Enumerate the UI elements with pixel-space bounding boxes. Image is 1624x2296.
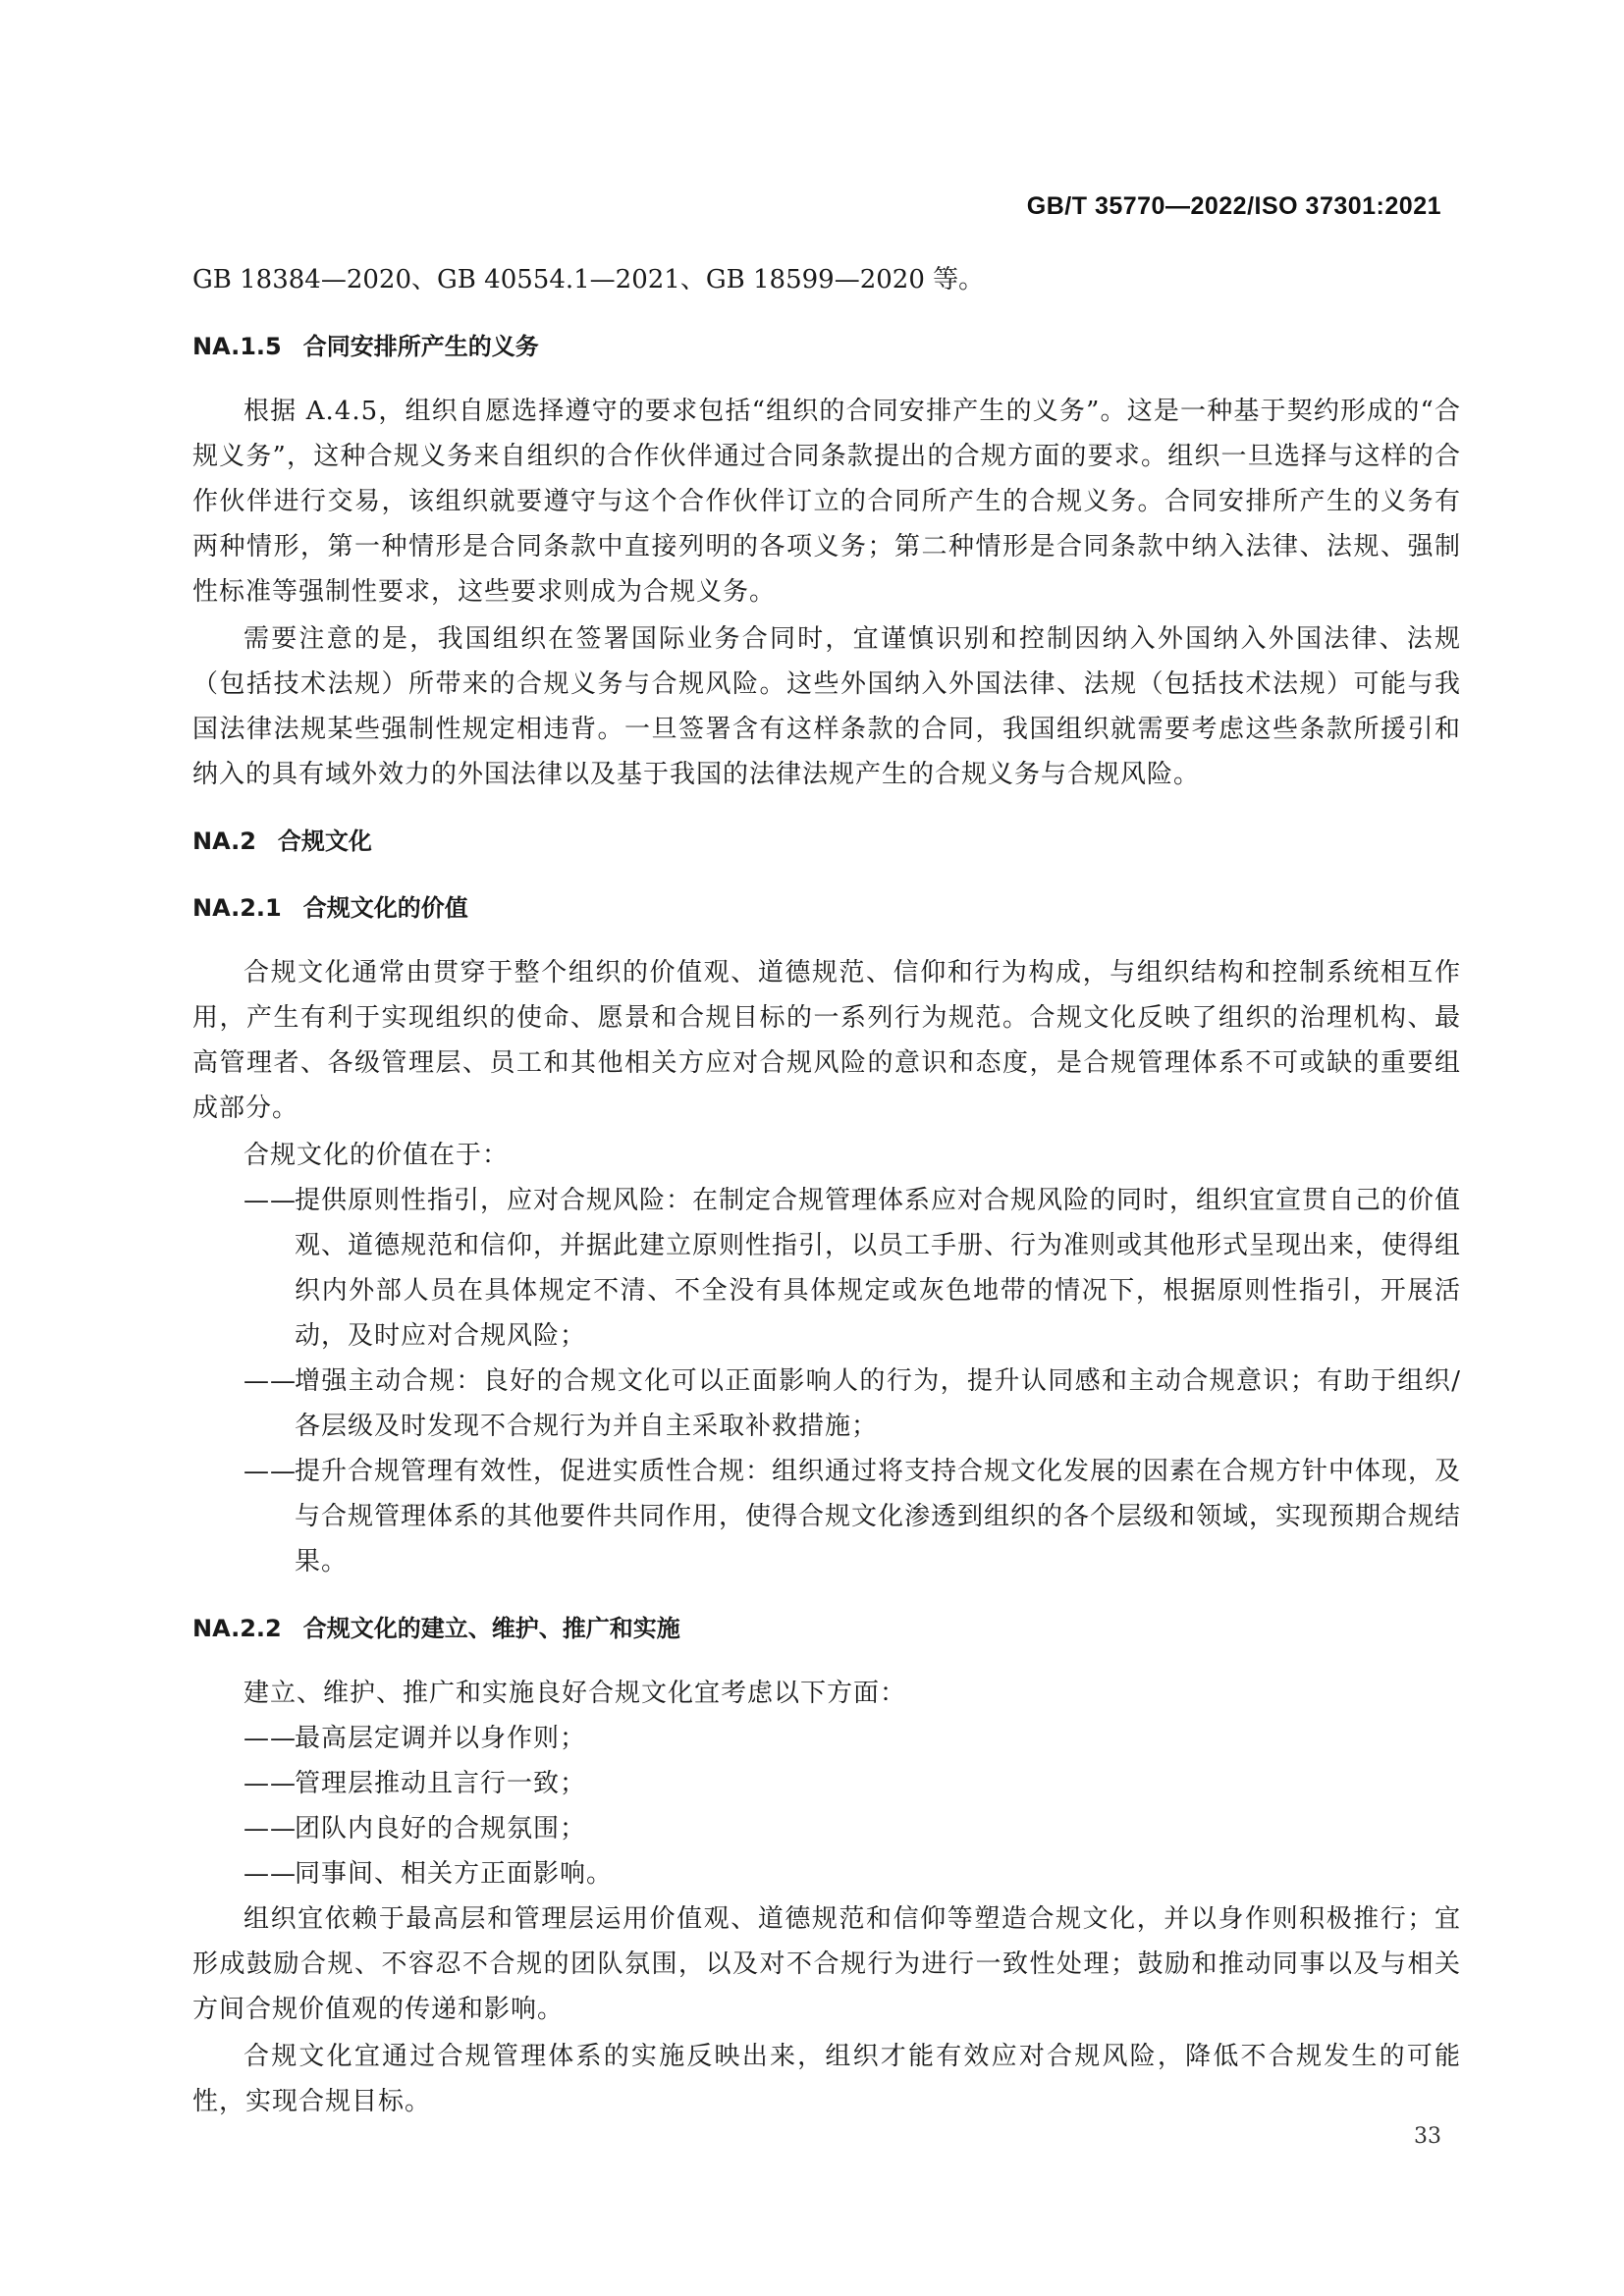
list-item-text: 提升合规管理有效性，促进实质性合规：组织通过将支持合规文化发展的因素在合规方针中… [295,1457,1461,1576]
section-heading-na-2-1: NA.2.1合规文化的价值 [192,885,1461,931]
dash-bullet: —— [244,1761,295,1806]
page-content: GB 18384—2020、GB 40554.1—2021、GB 18599—2… [192,257,1461,2126]
list-item: ——管理层推动且言行一致； [192,1761,1461,1806]
list-item-text: 同事间、相关方正面影响。 [295,1859,613,1889]
list-item-text: 管理层推动且言行一致； [295,1769,586,1798]
paragraph: 合规文化宜通过合规管理体系的实施反映出来，组织才能有效应对合规风险，降低不合规发… [192,2034,1461,2124]
section-title: 合规文化 [278,828,372,855]
paragraph: 组织宜依赖于最高层和管理层运用价值观、道德规范和信仰等塑造合规文化，并以身作则积… [192,1896,1461,2032]
standard-code-header: GB/T 35770—2022/ISO 37301:2021 [1027,192,1441,221]
section-number: NA.1.5 [192,324,282,369]
section-number: NA.2.1 [192,885,282,931]
paragraph: 需要注意的是，我国组织在签署国际业务合同时，宜谨慎识别和控制因纳入外国纳入外国法… [192,616,1461,797]
section-number: NA.2.2 [192,1606,282,1651]
list-item: ——同事间、相关方正面影响。 [192,1851,1461,1896]
list-item: ——团队内良好的合规氛围； [192,1806,1461,1851]
list-item: ——增强主动合规：良好的合规文化可以正面影响人的行为，提升认同感和主动合规意识；… [192,1359,1461,1449]
list-item: ——提升合规管理有效性，促进实质性合规：组织通过将支持合规文化发展的因素在合规方… [192,1449,1461,1584]
document-page: GB/T 35770—2022/ISO 37301:2021 GB 18384—… [0,0,1624,2296]
list-intro: 合规文化的价值在于： [192,1133,1461,1178]
paragraph: 合规文化通常由贯穿于整个组织的价值观、道德规范、信仰和行为构成，与组织结构和控制… [192,950,1461,1131]
list-item-text: 增强主动合规：良好的合规文化可以正面影响人的行为，提升认同感和主动合规意识；有助… [295,1366,1461,1441]
section-number: NA.2 [192,819,256,864]
list-item-text: 团队内良好的合规氛围； [295,1814,586,1843]
section-heading-na-2-2: NA.2.2合规文化的建立、维护、推广和实施 [192,1606,1461,1651]
dash-bullet: —— [244,1851,295,1896]
dash-bullet: —— [244,1178,295,1223]
intro-line: GB 18384—2020、GB 40554.1—2021、GB 18599—2… [192,257,1461,302]
list-intro: 建立、维护、推广和实施良好合规文化宜考虑以下方面： [192,1671,1461,1716]
section-title: 合同安排所产生的义务 [303,333,539,360]
dash-bullet: —— [244,1359,295,1404]
section-title: 合规文化的建立、维护、推广和实施 [303,1615,680,1642]
section-title: 合规文化的价值 [303,894,468,922]
section-heading-na-1-5: NA.1.5合同安排所产生的义务 [192,324,1461,369]
section-heading-na-2: NA.2合规文化 [192,819,1461,864]
list-item-text: 提供原则性指引，应对合规风险：在制定合规管理体系应对合规风险的同时，组织宜宣贯自… [295,1186,1461,1351]
paragraph: 根据 A.4.5，组织自愿选择遵守的要求包括“组织的合同安排产生的义务”。这是一… [192,389,1461,614]
list-item-text: 最高层定调并以身作则； [295,1724,586,1753]
page-number: 33 [1414,2124,1441,2149]
dash-bullet: —— [244,1806,295,1851]
dash-bullet: —— [244,1716,295,1761]
list-item: ——最高层定调并以身作则； [192,1716,1461,1761]
dash-bullet: —— [244,1449,295,1494]
list-item: ——提供原则性指引，应对合规风险：在制定合规管理体系应对合规风险的同时，组织宜宣… [192,1178,1461,1359]
